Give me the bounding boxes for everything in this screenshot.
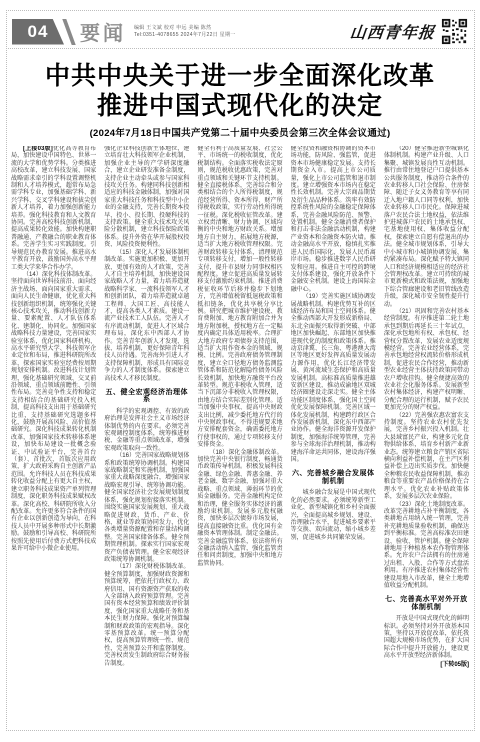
- continued-to-tag: [下转05版]: [384, 662, 469, 669]
- body-paragraph: 科学的宏观调控、有效的政府治理是发挥社会主义市场经济体制优势的内在要求。必须完善…: [104, 409, 189, 453]
- body-paragraph: （18）深化金融体制改革。加快完善中央银行制度，畅通货币政策传导机制。积极发展科…: [197, 450, 282, 569]
- body-paragraph: （17）深化财税体制改革。健全预算制度，加强财政资源和预算统筹，把依托行政权力、…: [104, 564, 189, 668]
- newspaper-masthead: 山西青年报: [349, 20, 436, 43]
- headline-line-1: 中共中央关于进一步全面深化改革: [11, 62, 469, 92]
- body-paragraph: （15）深化人才发展体制机制改革。实施更加积极、更加开放、更加有效的人才政策，完…: [104, 250, 189, 383]
- page-content: 中共中央关于进一步全面深化改革 推进中国式现代化的决定 (2024年7月18日中…: [11, 49, 469, 730]
- section-heading: 七、完善高水平对外开放体制机制: [384, 596, 469, 611]
- body-paragraph: 开放是中国式现代化的鲜明标识。必须坚持对外开放基本国策，坚持以开放促改革，依托我…: [384, 616, 469, 660]
- page-number: 04: [12, 19, 64, 45]
- body-paragraph: [上接03版]优化高等教育布局，加快建设中国特色、世界一流的大学和优势学科。分类…: [11, 146, 96, 272]
- body-paragraph: （21）巩固和完善农村基本经营制度。有序推进第二轮土地承包到期后再延长三十年试点…: [384, 309, 469, 413]
- body-paragraph: （23）深化土地制度改革。改革完善耕地占补平衡制度，各类耕地占用纳入统一管理，完…: [384, 502, 469, 591]
- body-paragraph: 健全投资和融资相协调的资本市场功能，防风险、强监管，促进资本市场健康稳定发展。支…: [291, 146, 376, 294]
- headline-line-2: 推进中国式现代化的决定: [11, 92, 469, 122]
- newspaper-page: 04 要闻 编辑 王文斌 校对 申远 美编 陈然 Tel:0351-407865…: [0, 0, 480, 742]
- article-column-2: 强化企业科技创新主体地位，建立培育壮大科技领军企业机制，加强企业主导的产学研深度…: [104, 146, 189, 722]
- page-header: 04 要闻 编辑 王文斌 校对 申远 美编 陈然 Tel:0351-407865…: [12, 17, 468, 46]
- article-column-5: （20）健全推进新型城镇化体制机制。构建产业升级、人口集聚、城镇发展良性互动机制…: [384, 146, 469, 722]
- body-paragraph: 城乡融合发展是中国式现代化的必然要求。必须统筹新型工业化、新型城镇化和乡村全面振…: [291, 490, 376, 542]
- body-paragraph: （20）健全推进新型城镇化体制机制。构建产业升级、人口集聚、城镇发展良性互动机制…: [384, 146, 469, 309]
- section-heading: 六、完善城乡融合发展体制机制: [291, 470, 376, 485]
- article-column-3: 健全有利于高质量发展、社会公平、市场统一的税收制度，优化税制结构。全面落实税收法…: [197, 146, 282, 722]
- body-paragraph: 健全有利于高质量发展、社会公平、市场统一的税收制度，优化税制结构。全面落实税收法…: [197, 146, 282, 450]
- body-paragraph: （16）完善国家战略规划体系和政策统筹协调机制。构建国家战略制定和实施机制，加强…: [104, 453, 189, 564]
- credits-line-2: Tel:0351-4078655 2024年7月22日 星期一: [134, 32, 236, 39]
- continued-from-tag: [上接03版]: [23, 146, 53, 152]
- body-paragraph: （14）深化科技体制改革。坚持面向世界科技前沿、面向经济主战场、面向国家重大需求…: [11, 272, 96, 553]
- diagonal-stripe: [62, 19, 75, 45]
- credits-block: 编辑 王文斌 校对 申远 美编 陈然 Tel:0351-4078655 2024…: [134, 25, 236, 39]
- article-subtitle: (2024年7月18日中国共产党第二十届中央委员会第三次全体会议通过): [11, 125, 469, 139]
- body-paragraph: 强化企业科技创新主体地位，建立培育壮大科技领军企业机制，加强企业主导的产学研深度…: [104, 146, 189, 250]
- qr-code-icon: [441, 18, 468, 45]
- article-column-4: 健全投资和融资相协调的资本市场功能，防风险、强监管，促进资本市场健康稳定发展。支…: [291, 146, 376, 722]
- article-column-1: [上接03版]优化高等教育布局，加快建设中国特色、世界一流的大学和优势学科。分类…: [11, 146, 96, 722]
- body-paragraph: （22）完善强农惠农富农支持制度。坚持农业农村优先发展，完善乡村振兴投入机制。壮…: [384, 413, 469, 502]
- credits-line-1: 编辑 王文斌 校对 申远 美编 陈然: [134, 25, 236, 32]
- section-name: 要闻: [80, 17, 126, 46]
- article-headline: 中共中央关于进一步全面深化改革 推进中国式现代化的决定: [11, 62, 469, 121]
- section-heading: 五、健全宏观经济治理体系: [104, 389, 189, 404]
- article-columns: [上接03版]优化高等教育布局，加快建设中国特色、世界一流的大学和优势学科。分类…: [11, 146, 469, 722]
- body-paragraph: （19）完善实施区域协调发展战略机制。构建优势互补的区域经济布局和国土空间体系。…: [291, 294, 376, 464]
